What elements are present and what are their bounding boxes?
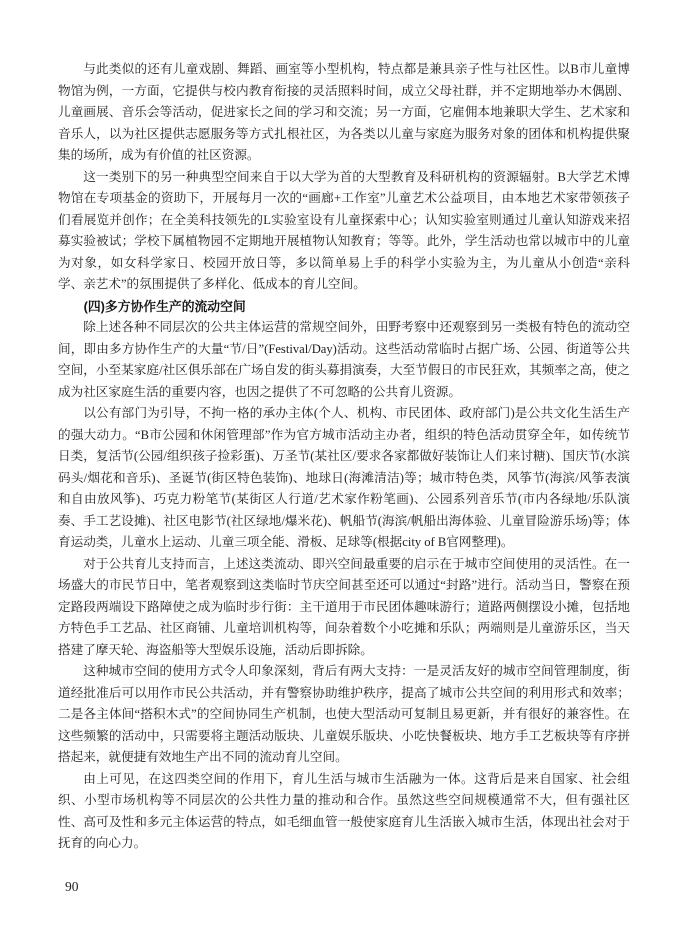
page-number: 90 [65, 878, 79, 896]
paragraph: 与此类似的还有儿童戏剧、舞蹈、画室等小型机构，特点都是兼具亲子性与社区性。以B市… [58, 59, 630, 167]
paragraph: 这种城市空间的使用方式令人印象深刻，背后有两大支持：一是灵活友好的城市空间管理制… [58, 661, 630, 769]
paragraph: 这一类别下的另一种典型空间来自于以大学为首的大型教育及科研机构的资源辐射。B大学… [58, 167, 630, 296]
paragraph: 对于公共育儿支持而言，上述这类流动、即兴空间最重要的启示在于城市空间使用的灵活性… [58, 554, 630, 662]
paragraph: 以公有部门为引导，不拘一格的承办主体(个人、机构、市民团体、政府部门)是公共文化… [58, 403, 630, 554]
section-heading: (四)多方协作生产的流动空间 [58, 296, 630, 318]
paragraph: 除上述各种不同层次的公共主体运营的常规空间外，田野考察中还观察到另一类极有特色的… [58, 317, 630, 403]
text-body: 与此类似的还有儿童戏剧、舞蹈、画室等小型机构，特点都是兼具亲子性与社区性。以B市… [58, 59, 630, 855]
document-page: 与此类似的还有儿童戏剧、舞蹈、画室等小型机构，特点都是兼具亲子性与社区性。以B市… [0, 0, 700, 943]
paragraph: 由上可见，在这四类空间的作用下，育儿生活与城市生活融为一体。这背后是来自国家、社… [58, 769, 630, 855]
